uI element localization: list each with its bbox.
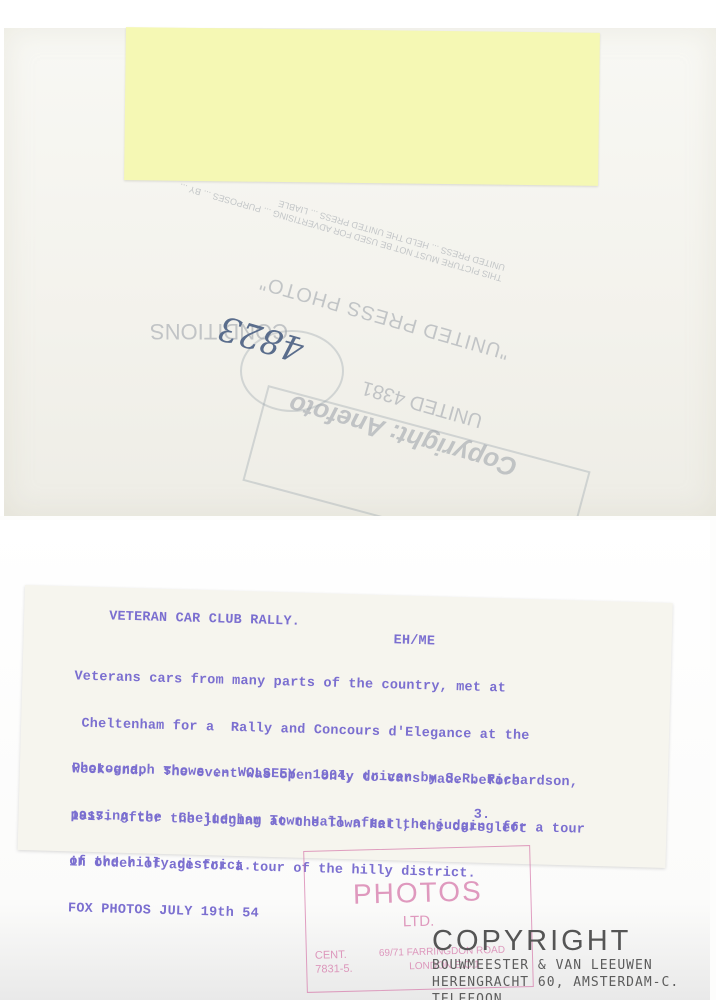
sticky-note — [124, 27, 600, 186]
fox-stamp-phone-number: 7831-5. — [315, 962, 353, 977]
copyright-title: COPYRIGHT — [432, 925, 679, 957]
copyright-line: BOUWMEESTER & VAN LEEUWEN — [432, 957, 679, 974]
caption-body-line: Veterans cars from many parts of the cou… — [74, 669, 531, 697]
caption-photo-line: passing the Cheltenham Town Hall after t… — [70, 808, 585, 838]
copyright-line: HERENGRACHT 60, AMSTERDAM-C. — [432, 974, 679, 991]
caption-page-number: 3. — [474, 808, 491, 824]
caption-slip: VETERAN CAR CLUB RALLY. EH/ME Veterans c… — [18, 585, 673, 868]
copyright-line: TELEFOON ... — [432, 991, 679, 1000]
caption-photo-line: Photograph shows :- WOLSEEY 1904, driven… — [72, 761, 587, 791]
fox-stamp-phone: CENT. 7831-5. — [315, 948, 353, 977]
fox-stamp-phone-label: CENT. — [315, 948, 353, 963]
caption-title: VETERAN CAR CLUB RALLY. — [109, 609, 300, 630]
top-scan: THIS PICTURE MUST NOT BE USED FOR ADVERT… — [0, 0, 716, 516]
copyright-stamp: COPYRIGHT BOUWMEESTER & VAN LEEUWEN HERE… — [432, 925, 679, 1000]
fox-stamp-name: PHOTOS — [305, 874, 531, 912]
